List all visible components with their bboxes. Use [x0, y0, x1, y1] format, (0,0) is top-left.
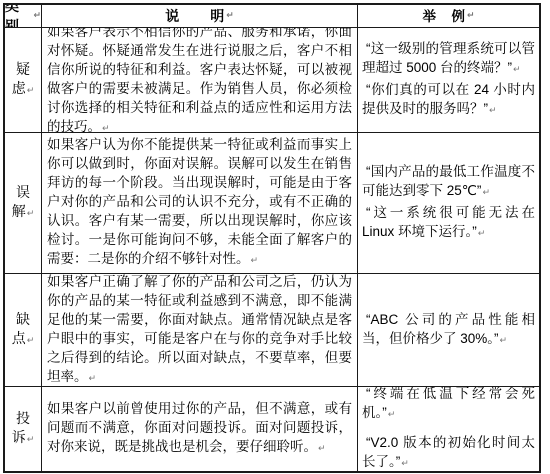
paragraph-mark: ↵ [88, 374, 97, 384]
example-quote: “终端在低温下经常会死机。”↵ [362, 387, 535, 425]
description-text: 如果客户以前曾使用过你的产品，但不满意，或有问题而不满意，你面对问题投诉。面对问… [47, 401, 352, 454]
paragraph-mark: ↵ [26, 86, 35, 96]
example-cell-doubt: “这一级别的管理系统可以管理超过 5000 台的终端？”↵ “你们真的可以在 2… [358, 28, 539, 132]
description-cell-misunderstanding: 如果客户认为你不能提供某一特征或利益而事实上你可以做到时，你面对误解。误解可以发… [42, 133, 357, 273]
header-example-label: 举 例 [422, 7, 466, 26]
paragraph-mark: ↵ [225, 11, 234, 21]
example-quote: “这一级别的管理系统可以管理超过 5000 台的终端？”↵ [362, 39, 535, 80]
example-cell-shortcoming: “ABC 公司的产品性能相当，但价格少了 30%。”↵ ↵ [358, 274, 539, 386]
example-quote: “国内产品的最低工作温度不可能达到零下 25℃”↵ [362, 162, 535, 203]
description-text: 如果客户表示不相信你的产品、服务和承诺，你面对怀疑。怀疑通常发生在进行说服之后，… [47, 28, 352, 132]
paragraph-mark: ↵ [466, 7, 475, 26]
paragraph-mark: ↵ [499, 336, 508, 346]
category-cell-shortcoming: 缺 点↵ [5, 274, 41, 386]
paragraph-mark: ↵ [26, 435, 35, 445]
paragraph-mark: ↵ [512, 65, 521, 75]
example-quote: “V2.0 版本的初始化时间太长了。”↵ [362, 433, 535, 471]
paragraph-mark: ↵ [101, 124, 110, 133]
paragraph-mark: ↵ [32, 11, 41, 21]
header-description-label: 说 明 [165, 6, 225, 26]
example-quote: “ABC 公司的产品性能相当，但价格少了 30%。”↵ [362, 310, 535, 351]
example-cell-complaint: “终端在低温下经常会死机。”↵ “V2.0 版本的初始化时间太长了。”↵ ↵ [358, 387, 539, 471]
header-category: 类别↵ [5, 5, 41, 27]
description-text: 如果客户认为你不能提供某一特征或利益而事实上你可以做到时，你面对误解。误解可以发… [47, 137, 352, 266]
document-page: 类别↵ 说 明↵ 举 例↵ ↵ 疑 虑↵ 如果客户表示不相信你的产品、服务和承诺… [0, 0, 550, 474]
description-cell-shortcoming: 如果客户正确了解了你的产品和公司之后，仍认为你的产品的某一特征或利益感到不满意，… [42, 274, 357, 386]
paragraph-mark: ↵ [26, 336, 35, 346]
paragraph-mark: ↵ [317, 444, 326, 454]
description-text: 如果客户正确了解了你的产品和公司之后，仍认为你的产品的某一特征或利益感到不满意，… [47, 274, 352, 384]
paragraph-mark: ↵ [250, 256, 259, 266]
description-cell-complaint: 如果客户以前曾使用过你的产品，但不满意，或有问题而不满意，你面对问题投诉。面对问… [42, 387, 357, 471]
description-cell-doubt: 如果客户表示不相信你的产品、服务和承诺，你面对怀疑。怀疑通常发生在进行说服之后，… [42, 28, 357, 132]
category-cell-misunderstanding: 误 解↵ [5, 133, 41, 273]
paragraph-mark: ↵ [488, 106, 497, 116]
paragraph-mark: ↵ [26, 209, 35, 219]
paragraph-mark: ↵ [477, 229, 486, 239]
example-cell-misunderstanding: “国内产品的最低工作温度不可能达到零下 25℃”↵ “这一系统很可能无法在 Li… [358, 133, 539, 273]
category-cell-complaint: 投 诉↵ [5, 387, 41, 471]
example-quote: “这一系统很可能无法在 Linux 环境下运行。”↵ [362, 203, 535, 244]
header-description: 说 明↵ [42, 5, 357, 27]
header-category-label: 类别 [5, 5, 32, 27]
header-example: 举 例↵ ↵ [358, 5, 539, 27]
objection-types-table: 类别↵ 说 明↵ 举 例↵ ↵ 疑 虑↵ 如果客户表示不相信你的产品、服务和承诺… [3, 3, 541, 473]
paragraph-mark: ↵ [400, 459, 409, 469]
category-cell-doubt: 疑 虑↵ [5, 28, 41, 132]
example-quote: “你们真的可以在 24 小时内提供及时的服务吗？”↵ [362, 80, 535, 121]
paragraph-mark: ↵ [481, 188, 490, 198]
paragraph-mark: ↵ [387, 410, 396, 420]
